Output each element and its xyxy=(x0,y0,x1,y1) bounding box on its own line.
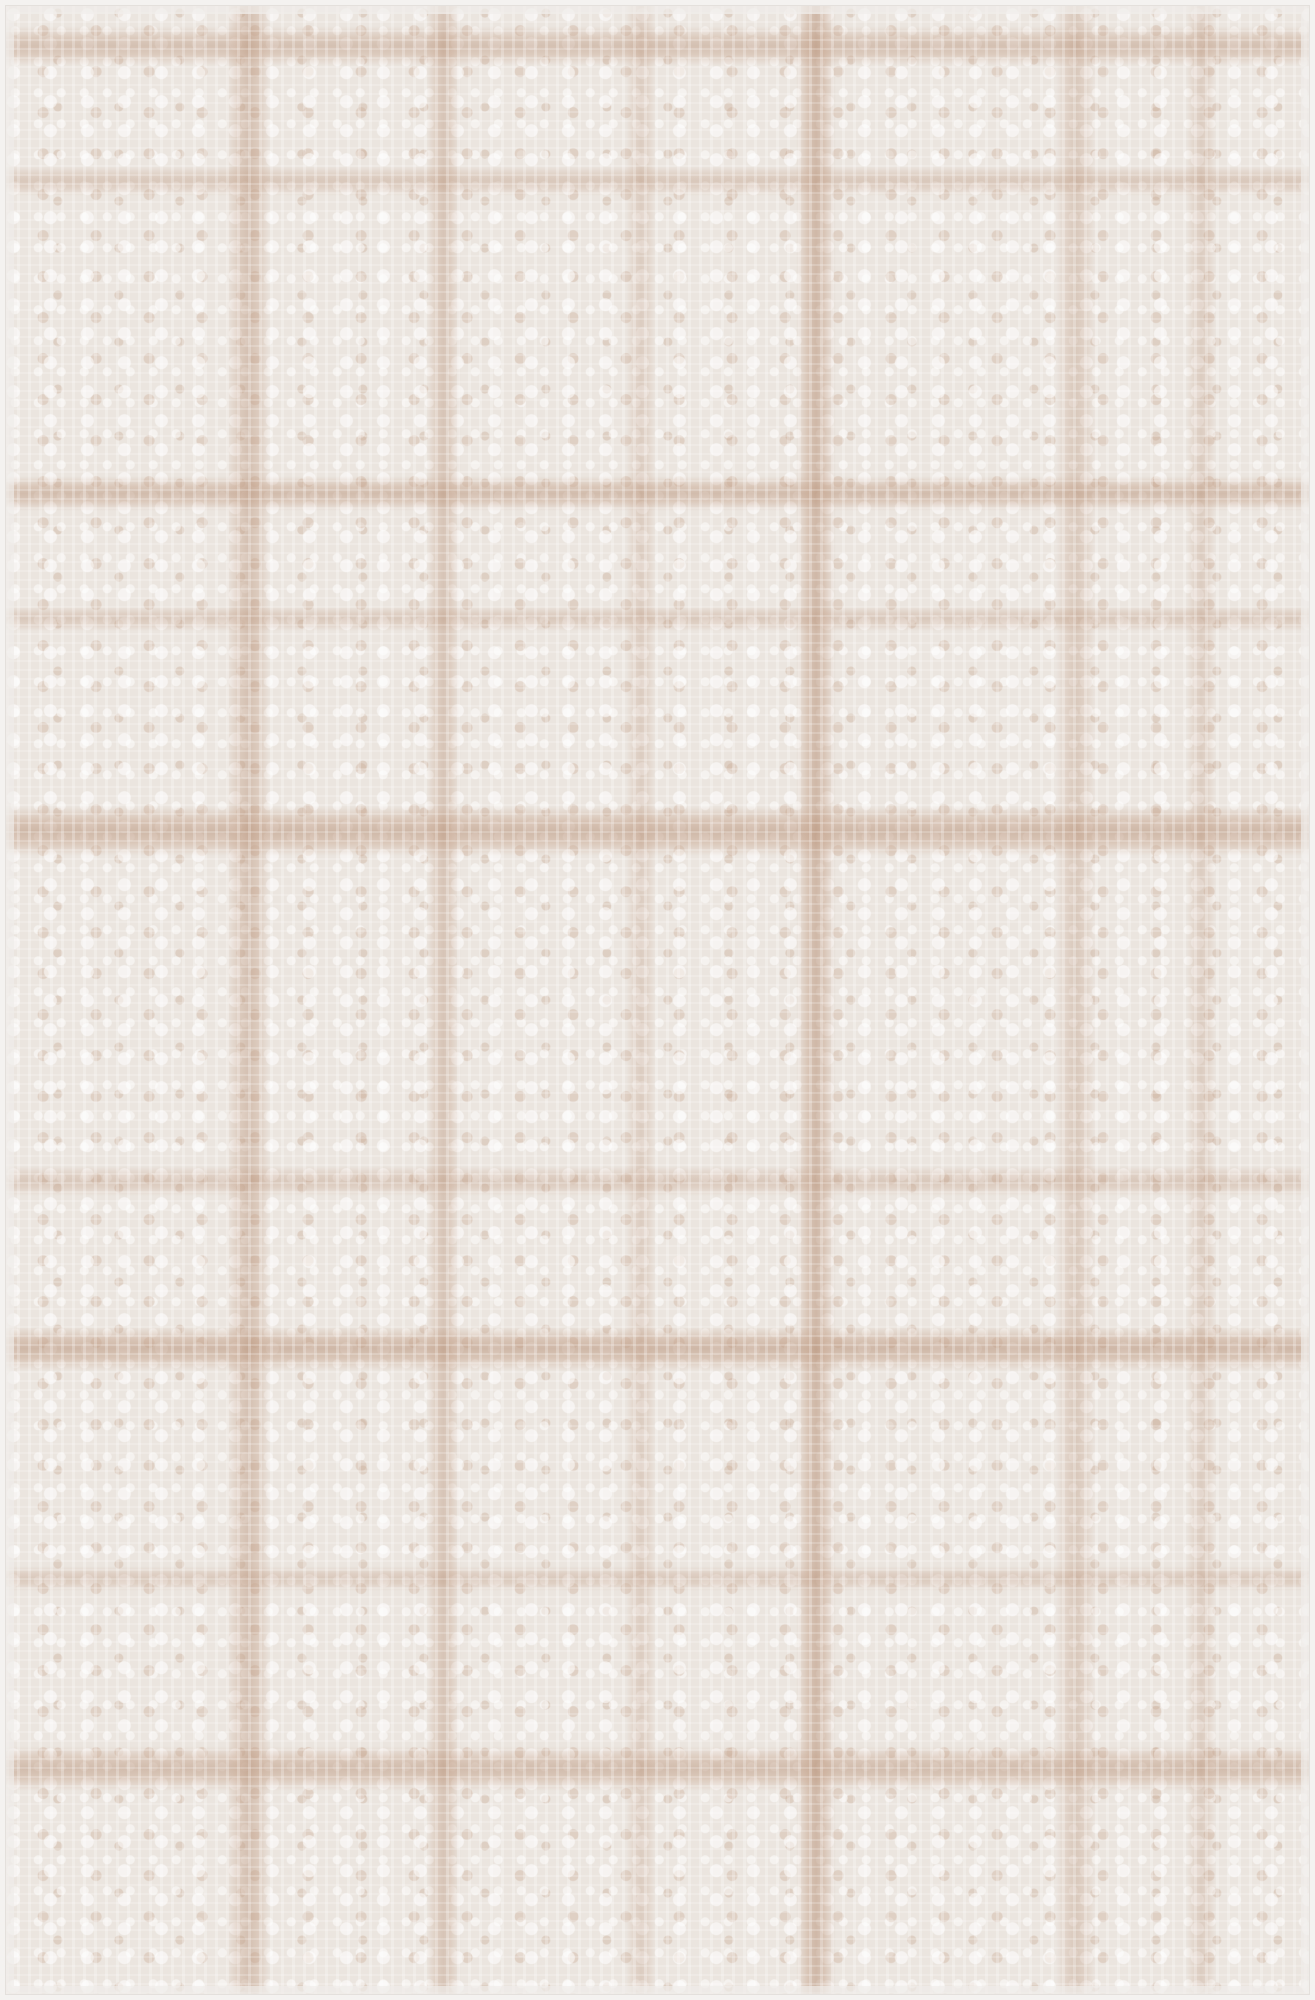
rug-image xyxy=(6,6,1309,1994)
rug-mottle-overlay xyxy=(6,6,1309,1994)
